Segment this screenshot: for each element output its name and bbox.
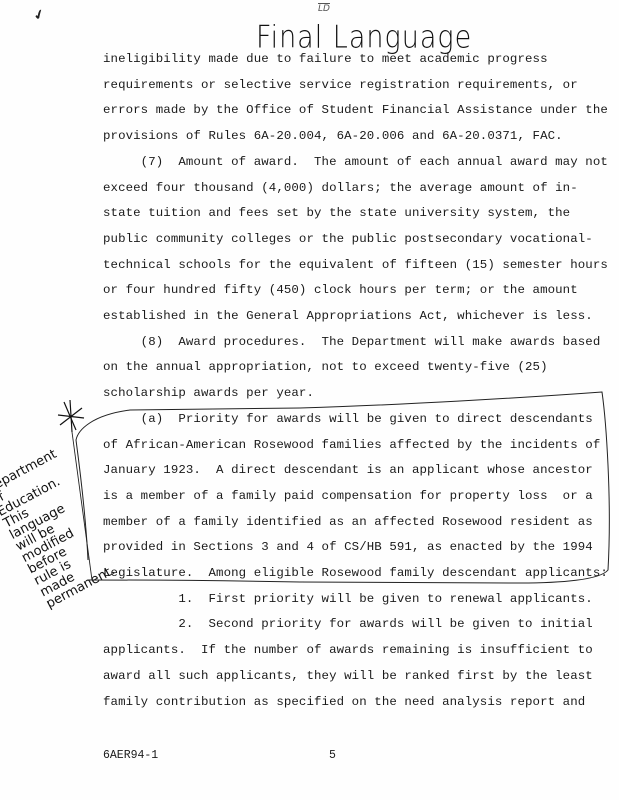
document-page: ✔ LD Final Language ineligibility made d… <box>0 0 619 800</box>
document-line: family contribution as specified on the … <box>103 695 593 709</box>
document-id: 6AER94-1 <box>103 749 158 762</box>
document-line: exceed four thousand (4,000) dollars; th… <box>103 181 593 195</box>
document-line: (7) Amount of award. The amount of each … <box>103 155 593 169</box>
document-line: errors made by the Office of Student Fin… <box>103 103 593 117</box>
document-line: provided in Sections 3 and 4 of CS/HB 59… <box>103 540 593 554</box>
document-line: established in the General Appropriation… <box>103 309 593 323</box>
handwritten-title: Final Language <box>256 20 472 56</box>
initials-annotation: LD <box>318 4 330 14</box>
document-line: technical schools for the equivalent of … <box>103 258 593 272</box>
document-line: state tuition and fees set by the state … <box>103 206 593 220</box>
document-line: member of a family identified as an affe… <box>103 515 593 529</box>
document-line: on the annual appropriation, not to exce… <box>103 360 593 374</box>
check-mark-annotation: ✔ <box>31 6 47 24</box>
document-line: requirements or selective service regist… <box>103 78 593 92</box>
document-line: Legislature. Among eligible Rosewood fam… <box>103 566 593 580</box>
document-line: applicants. If the number of awards rema… <box>103 643 593 657</box>
document-line: January 1923. A direct descendant is an … <box>103 463 593 477</box>
page-number: 5 <box>329 749 336 762</box>
document-line: 2. Second priority for awards will be gi… <box>103 617 593 631</box>
document-line: scholarship awards per year. <box>103 386 593 400</box>
document-line: award all such applicants, they will be … <box>103 669 593 683</box>
document-line: of African-American Rosewood families af… <box>103 438 593 452</box>
document-line: (a) Priority for awards will be given to… <box>103 412 593 426</box>
document-line: or four hundred fifty (450) clock hours … <box>103 283 593 297</box>
document-line: (8) Award procedures. The Department wil… <box>103 335 593 349</box>
asterisk-icon <box>58 400 84 432</box>
document-line: public community colleges or the public … <box>103 232 593 246</box>
document-line: is a member of a family paid compensatio… <box>103 489 593 503</box>
document-line: 1. First priority will be given to renew… <box>103 592 593 606</box>
document-line: provisions of Rules 6A-20.004, 6A-20.006… <box>103 129 593 143</box>
document-line: ineligibility made due to failure to mee… <box>103 52 593 66</box>
